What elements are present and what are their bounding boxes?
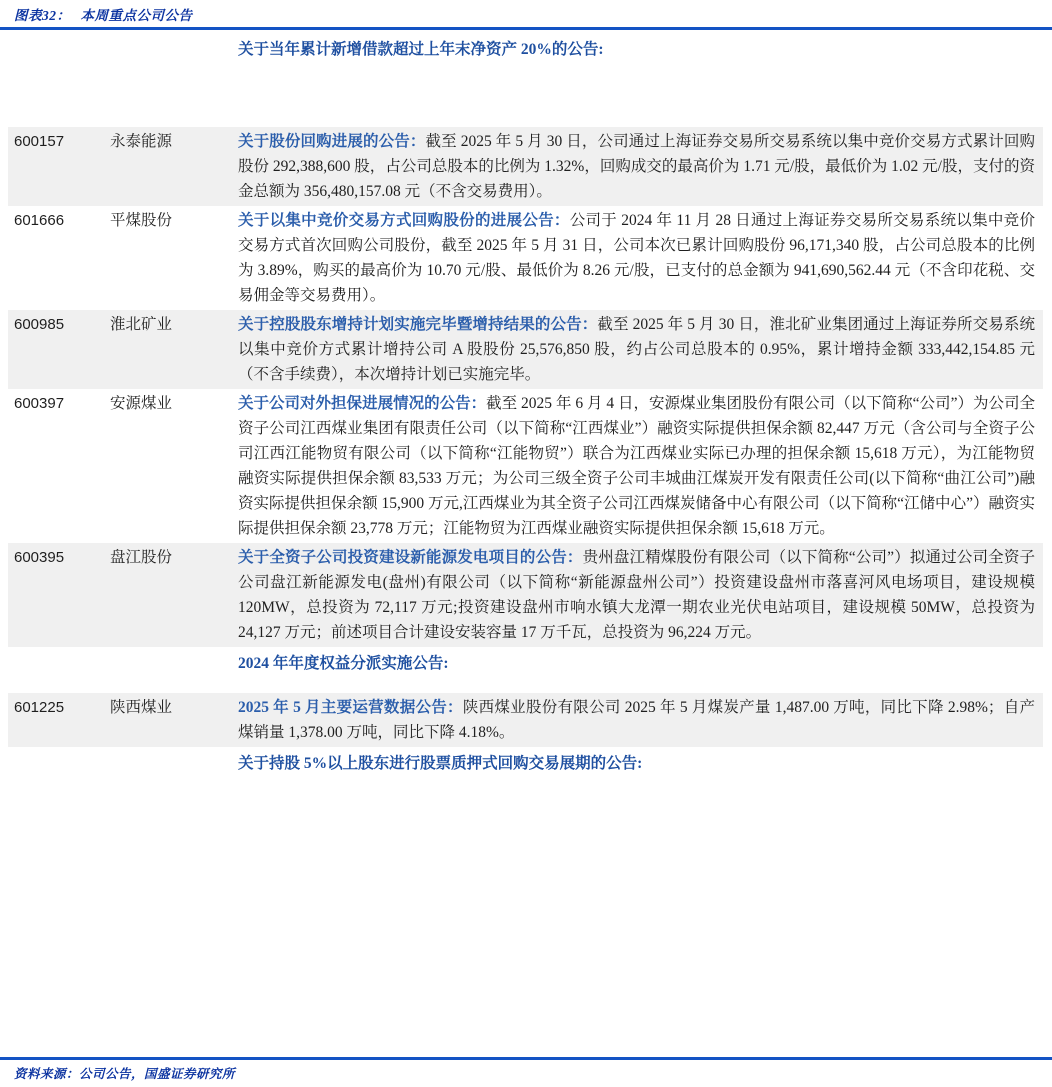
figure-label: 图表32： bbox=[14, 8, 71, 23]
source-text: 公司公告，国盛证券研究所 bbox=[79, 1067, 235, 1081]
company-name: 盘江股份 bbox=[110, 545, 238, 570]
table-row: 601666 平煤股份 关于以集中竞价交易方式回购股份的进展公告：公司于 202… bbox=[8, 206, 1043, 310]
company-name: 安源煤业 bbox=[110, 391, 238, 416]
stock-code: 600157 bbox=[8, 129, 110, 154]
stock-code: 600397 bbox=[8, 391, 110, 416]
stock-code: 601666 bbox=[8, 208, 110, 233]
table-row: 600395 盘江股份 关于全资子公司投资建设新能源发电项目的公告：贵州盘江精煤… bbox=[8, 543, 1043, 647]
table-row: 600985 淮北矿业 关于控股股东增持计划实施完毕暨增持结果的公告：截至 20… bbox=[8, 310, 1043, 389]
stock-code: 600985 bbox=[8, 312, 110, 337]
figure-heading-text: 本周重点公司公告 bbox=[81, 8, 193, 23]
company-name: 淮北矿业 bbox=[110, 312, 238, 337]
report-figure-page: 图表32：本周重点公司公告 关于当年累计新增借款超过上年末净资产 20%的公告:… bbox=[0, 0, 1052, 1087]
announcement-table: 关于当年累计新增借款超过上年末净资产 20%的公告: 600157 永泰能源 关… bbox=[0, 30, 1052, 787]
table-row: 600397 安源煤业 关于公司对外担保进展情况的公告：截至 2025 年 6 … bbox=[8, 389, 1043, 543]
source-note: 资料来源：公司公告，国盛证券研究所 bbox=[0, 1060, 1052, 1087]
source-label: 资料来源： bbox=[14, 1067, 79, 1081]
announcement-cell: 2025 年 5 月主要运营数据公告：陕西煤业股份有限公司 2025 年 5 月… bbox=[238, 695, 1043, 745]
table-row: 601225 陕西煤业 2025 年 5 月主要运营数据公告：陕西煤业股份有限公… bbox=[8, 693, 1043, 747]
company-name: 永泰能源 bbox=[110, 129, 238, 154]
figure-footer: 资料来源：公司公告，国盛证券研究所 bbox=[0, 1057, 1052, 1087]
section-note-text: 2024 年年度权益分派实施公告: bbox=[0, 647, 1052, 676]
announcement-cell: 关于控股股东增持计划实施完毕暨增持结果的公告：截至 2025 年 5 月 30 … bbox=[238, 312, 1043, 387]
figure-title: 图表32：本周重点公司公告 bbox=[0, 0, 1052, 25]
section-note-row: 2024 年年度权益分派实施公告: bbox=[0, 647, 1052, 693]
section-note-text: 关于持股 5%以上股东进行股票质押式回购交易展期的公告: bbox=[0, 747, 1052, 776]
announcement-body: 截至 2025 年 6 月 4 日，安源煤业集团股份有限公司（以下简称“公司”）… bbox=[238, 395, 1035, 537]
section-note-row: 关于当年累计新增借款超过上年末净资产 20%的公告: bbox=[0, 30, 1052, 127]
announcement-title: 关于股份回购进展的公告： bbox=[238, 133, 426, 150]
announcement-title: 2025 年 5 月主要运营数据公告： bbox=[238, 699, 463, 716]
company-name: 陕西煤业 bbox=[110, 695, 238, 720]
announcement-title: 关于以集中竞价交易方式回购股份的进展公告： bbox=[238, 212, 570, 229]
announcement-title: 关于公司对外担保进展情况的公告： bbox=[238, 395, 486, 412]
announcement-cell: 关于以集中竞价交易方式回购股份的进展公告：公司于 2024 年 11 月 28 … bbox=[238, 208, 1043, 308]
stock-code: 601225 bbox=[8, 695, 110, 720]
table-row: 600157 永泰能源 关于股份回购进展的公告：截至 2025 年 5 月 30… bbox=[8, 127, 1043, 206]
announcement-title: 关于控股股东增持计划实施完毕暨增持结果的公告： bbox=[238, 316, 597, 333]
company-name: 平煤股份 bbox=[110, 208, 238, 233]
announcement-title: 关于全资子公司投资建设新能源发电项目的公告： bbox=[238, 549, 583, 566]
announcement-cell: 关于公司对外担保进展情况的公告：截至 2025 年 6 月 4 日，安源煤业集团… bbox=[238, 391, 1043, 541]
stock-code: 600395 bbox=[8, 545, 110, 570]
announcement-cell: 关于全资子公司投资建设新能源发电项目的公告：贵州盘江精煤股份有限公司（以下简称“… bbox=[238, 545, 1043, 645]
section-note-row: 关于持股 5%以上股东进行股票质押式回购交易展期的公告: bbox=[0, 747, 1052, 787]
announcement-cell: 关于股份回购进展的公告：截至 2025 年 5 月 30 日，公司通过上海证券交… bbox=[238, 129, 1043, 204]
section-note-text: 关于当年累计新增借款超过上年末净资产 20%的公告: bbox=[0, 30, 1052, 62]
